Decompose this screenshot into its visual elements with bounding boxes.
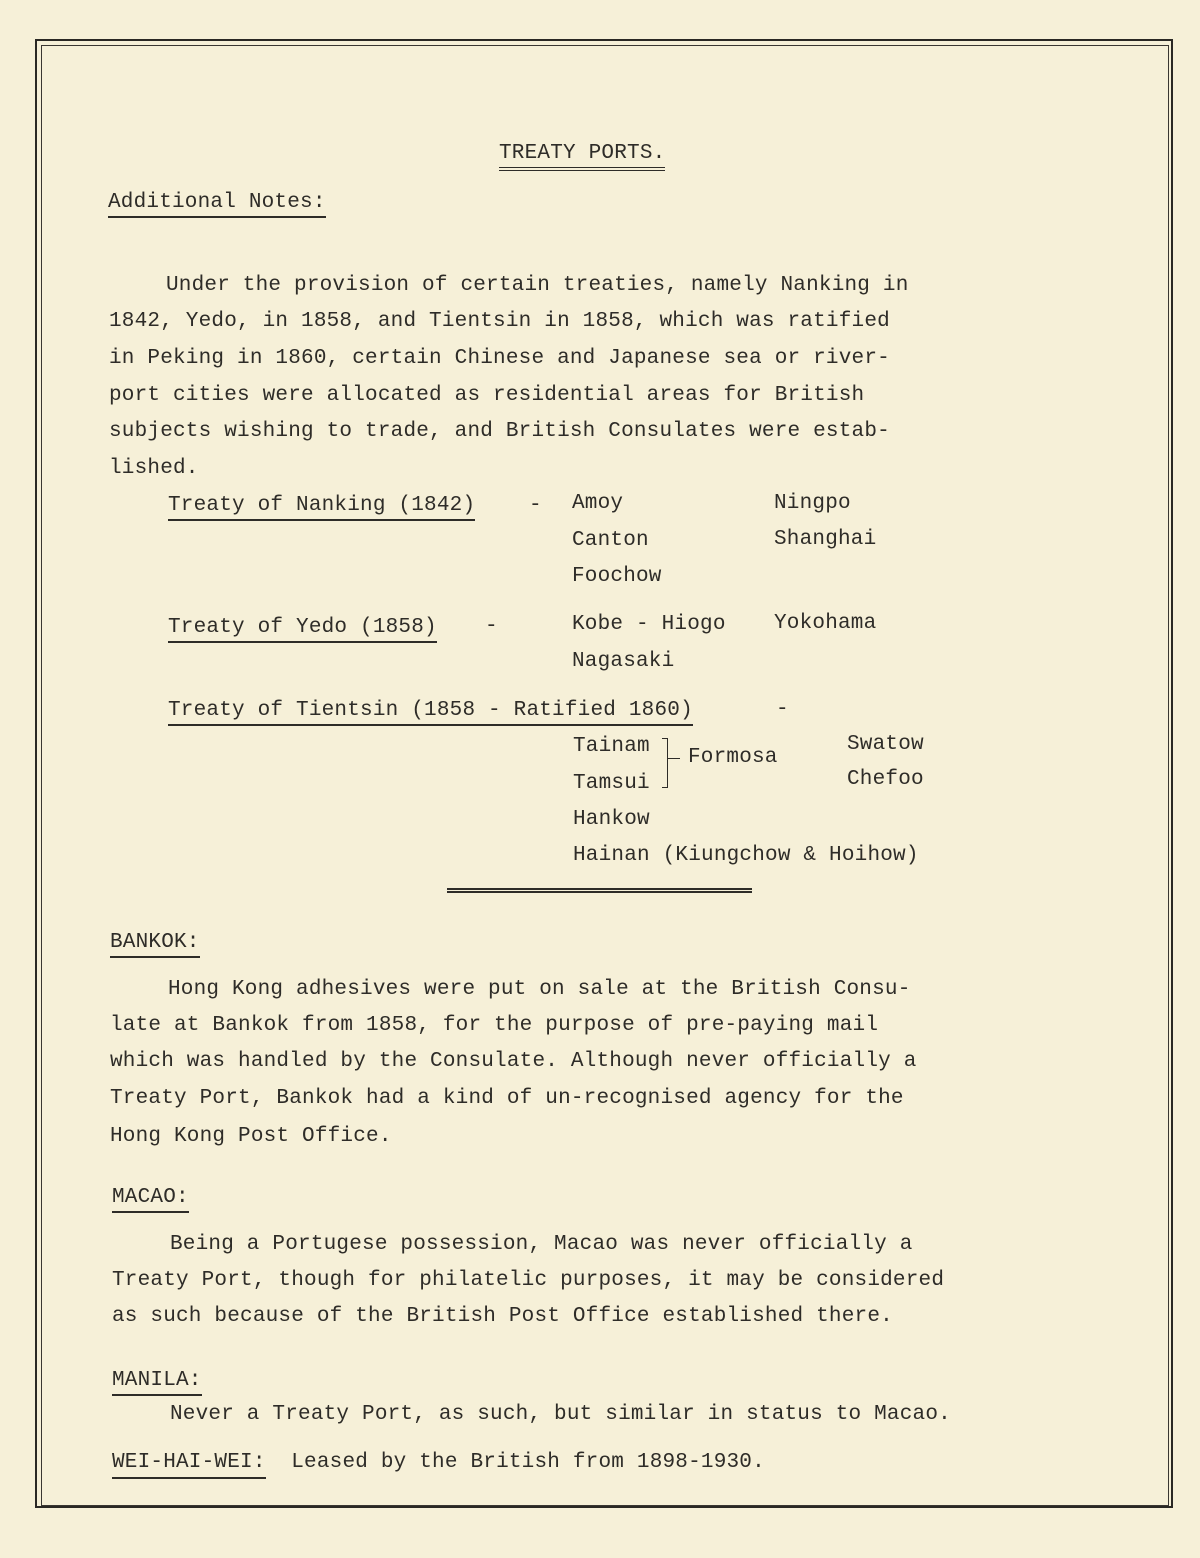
intro-line: port cities were allocated as residentia… [109, 385, 864, 406]
weihaiwei-row: WEI-HAI-WEI: Leased by the British from … [112, 1452, 765, 1473]
formosa-bracket-tick [668, 758, 680, 759]
bankok-line: Hong Kong Post Office. [110, 1126, 392, 1147]
formosa-bracket [662, 738, 668, 788]
treaty-nanking-label: Treaty of Nanking (1842) [168, 495, 475, 521]
macao-line: as such because of the British Post Offi… [112, 1306, 893, 1327]
port-name: Nagasaki [572, 651, 674, 672]
treaty-dash: - [485, 616, 498, 637]
port-name: Ningpo [774, 493, 851, 514]
treaty-dash: - [529, 495, 542, 516]
heading-macao: MACAO: [112, 1187, 189, 1213]
port-name: Amoy [572, 493, 623, 514]
page-title: TREATY PORTS. [499, 143, 665, 171]
bankok-line: Hong Kong adhesives were put on sale at … [168, 979, 911, 1000]
port-name: Chefoo [847, 769, 924, 790]
intro-line: in Peking in 1860, certain Chinese and J… [109, 348, 890, 369]
port-name: Shanghai [774, 529, 876, 550]
treaty-yedo-label: Treaty of Yedo (1858) [168, 617, 437, 643]
macao-line: Being a Portugese possession, Macao was … [170, 1234, 913, 1255]
weihaiwei-text: Leased by the British from 1898-1930. [291, 1451, 765, 1474]
port-name: Tamsui [573, 773, 650, 794]
macao-line: Treaty Port, though for philatelic purpo… [112, 1270, 944, 1291]
bankok-line: late at Bankok from 1858, for the purpos… [110, 1015, 878, 1036]
manila-line: Never a Treaty Port, as such, but simila… [170, 1404, 951, 1425]
intro-line: Under the provision of certain treaties,… [166, 275, 909, 296]
port-name: Hainan (Kiungchow & Hoihow) [573, 845, 919, 866]
bankok-line: which was handled by the Consulate. Alth… [110, 1051, 917, 1072]
port-name: Tainam [573, 736, 650, 757]
intro-line: 1842, Yedo, in 1858, and Tientsin in 185… [109, 311, 890, 332]
intro-line: lished. [109, 458, 199, 479]
heading-bankok: BANKOK: [110, 932, 200, 958]
port-name: Swatow [847, 734, 924, 755]
port-name: Yokohama [774, 613, 876, 634]
section-divider [447, 888, 752, 893]
heading-manila: MANILA: [112, 1370, 202, 1396]
subtitle-additional-notes: Additional Notes: [108, 192, 326, 218]
treaty-dash: - [776, 699, 789, 720]
treaty-tientsin-label: Treaty of Tientsin (1858 - Ratified 1860… [168, 700, 693, 726]
heading-weihaiwei: WEI-HAI-WEI: [112, 1451, 266, 1479]
port-name: Hankow [573, 809, 650, 830]
port-name: Kobe - Hiogo [572, 614, 726, 635]
port-name: Canton [572, 530, 649, 551]
port-name: Foochow [572, 566, 662, 587]
formosa-label: Formosa [688, 747, 778, 768]
bankok-line: Treaty Port, Bankok had a kind of un-rec… [110, 1088, 904, 1109]
intro-line: subjects wishing to trade, and British C… [109, 421, 890, 442]
